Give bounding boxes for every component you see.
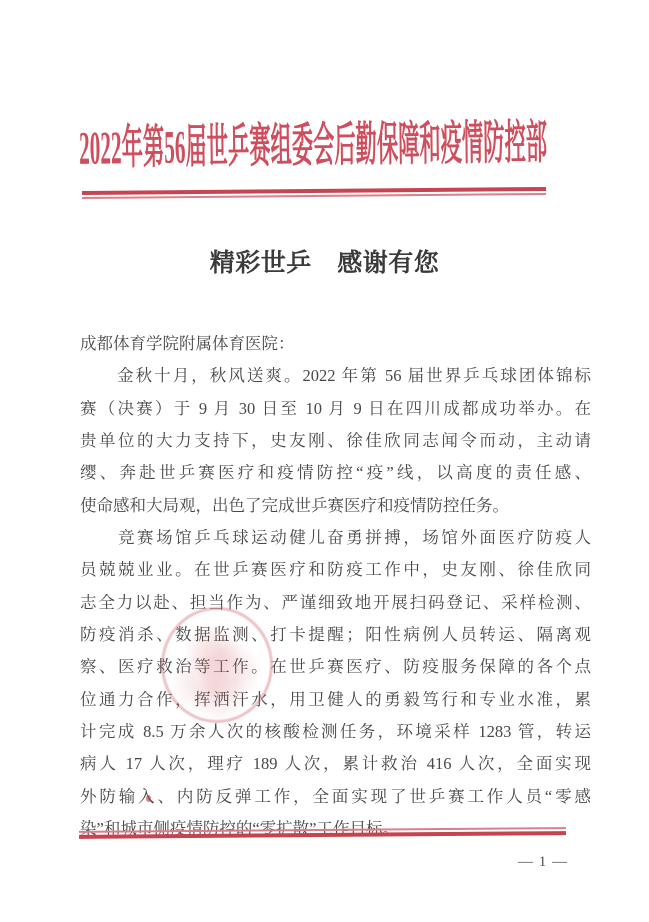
body-line-5: 使命感和大局观，出色了完成世乒赛医疗和疫情防控任务。 (80, 490, 591, 522)
header-banner-title: 2022年第56届世乒赛组委会后勤保障和疫情防控部 (79, 116, 548, 175)
body-line-7: 员兢兢业业。在世乒赛医疗和防疫工作中，史友刚、徐佳欣同 (80, 554, 591, 586)
body-line-12: 计完成 8.5 万余人次的核酸检测任务，环境采样 1283 管，转运 (80, 716, 591, 748)
body-line-9: 防疫消杀、数据监测、打卡提醒；阳性病例人员转运、隔离观 (80, 619, 591, 651)
body-line-14: 外防输入、内防反弹工作，全面实现了世乒赛工作人员“零感 (80, 781, 591, 813)
body-line-8: 志全力以赴、担当作为、严谨细致地开展扫码登记、采样检测、 (80, 587, 591, 619)
red-seal-stamp-icon (161, 607, 273, 723)
body-line-10: 察、医疗救治等工作。在世乒赛医疗、防疫服务保障的各个点 (80, 651, 591, 683)
body-line-4: 缨、奔赴世乒赛医疗和疫情防控“疫”线，以高度的责任感、 (80, 457, 591, 489)
document-title: 精彩世乒 感谢有您 (0, 243, 649, 279)
header-banner: 2022年第56届世乒赛组委会后勤保障和疫情防控部 (0, 0, 649, 200)
page-number: — 1 — (512, 854, 574, 871)
salutation: 成都体育学院附属体育医院： (80, 328, 591, 360)
body-line-6: 竞赛场馆乒乓球运动健儿奋勇拼搏，场馆外面医疗防疫人 (80, 522, 591, 554)
body-line-11: 位通力合作，挥洒汗水，用卫健人的勇毅笃行和专业水准，累 (80, 684, 591, 716)
body-line-2: 赛（决赛）于 9 月 30 日至 10 月 9 日在四川成都成功举办。在 (80, 393, 591, 425)
body-line-1: 金秋十月，秋风送爽。2022 年第 56 届世界乒乓球团体锦标 (80, 360, 591, 392)
letter-body: 成都体育学院附属体育医院： 金秋十月，秋风送爽。2022 年第 56 届世界乒乓… (80, 328, 591, 846)
scanned-letter-page: 2022年第56届世乒赛组委会后勤保障和疫情防控部 精彩世乒 感谢有您 成都体育… (0, 0, 649, 922)
body-line-13: 病人 17 人次，理疗 189 人次，累计救治 416 人次，全面实现 (80, 748, 591, 780)
body-line-3: 贵单位的大力支持下，史友刚、徐佳欣同志闻令而动，主动请 (80, 425, 591, 457)
red-ink-dot (146, 795, 151, 802)
